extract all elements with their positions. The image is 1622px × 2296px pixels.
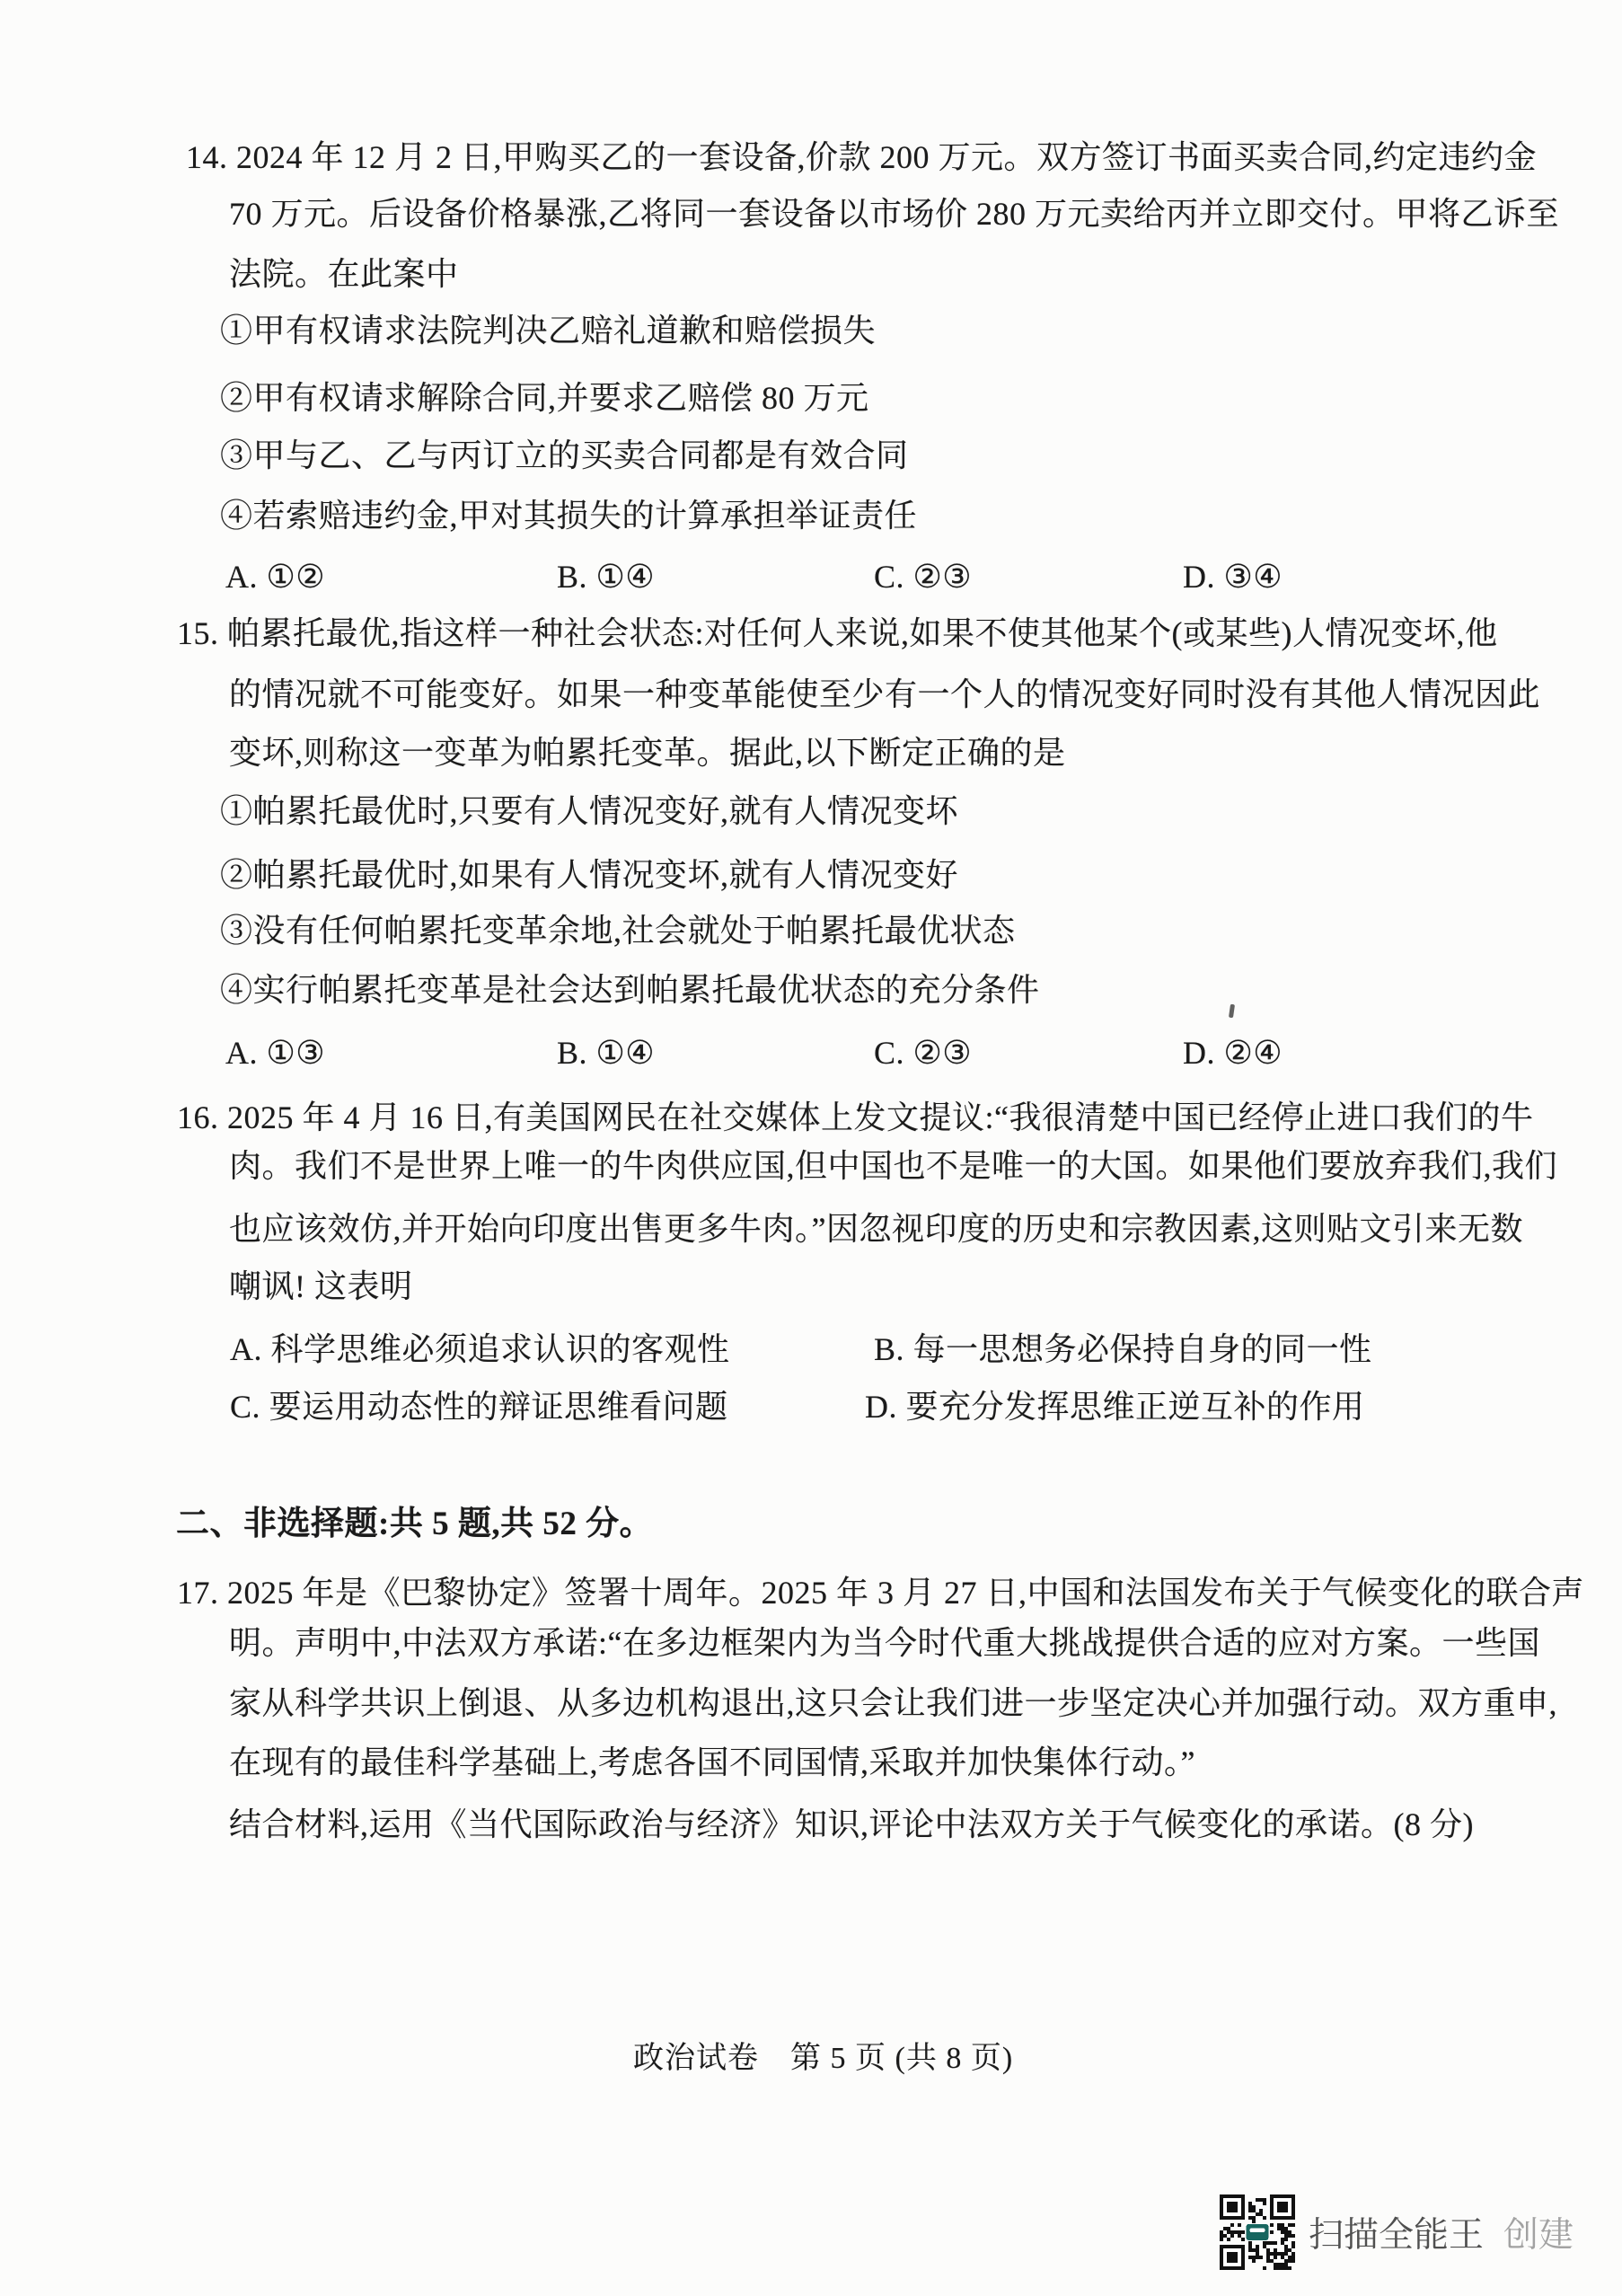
question-15-options-option: B. ①④ (557, 1035, 655, 1072)
question-16-options-cd-option: D. 要充分发挥思维正逆互补的作用 (865, 1389, 1365, 1426)
question-14-item-3: ③甲与乙、乙与丙订立的买卖合同都是有效合同 (220, 437, 909, 474)
question-17-start: 17. 2025 年是《巴黎协定》签署十周年。2025 年 3 月 27 日,中… (177, 1575, 1584, 1612)
question-15-options-option: A. ①③ (225, 1035, 325, 1072)
question-15-item-3: ③没有任何帕累托变革余地,社会就处于帕累托最优状态 (220, 913, 1016, 949)
question-16-start: 16. 2025 年 4 月 16 日,有美国网民在社交媒体上发文提议:“我很清… (177, 1099, 1533, 1136)
question-14-options-option: A. ①② (225, 559, 325, 596)
question-14-options-option: B. ①④ (557, 559, 655, 596)
scanned-exam-page: 14. 2024 年 12 月 2 日,甲购买乙的一套设备,价款 200 万元。… (0, 0, 1622, 2296)
question-15-options-option: C. ②③ (874, 1035, 972, 1072)
question-17-continuation: 家从科学共识上倒退、从多边机构退出,这只会让我们进一步坚定决心并加强行动。双方重… (229, 1685, 1557, 1722)
question-14-item-2: ②甲有权请求解除合同,并要求乙赔偿 80 万元 (220, 380, 869, 417)
question-15-item-4: ④实行帕累托变革是社会达到帕累托最优状态的充分条件 (220, 972, 1040, 1009)
question-14-item-1: ①甲有权请求法院判决乙赔礼道歉和赔偿损失 (220, 313, 876, 349)
page-footer: 政治试卷 第 5 页 (共 8 页) (633, 2033, 1013, 2077)
question-14-continuation: 70 万元。后设备价格暴涨,乙将同一套设备以市场价 280 万元卖给丙并立即交付… (229, 196, 1559, 233)
question-15-start: 15. 帕累托最优,指这样一种社会状态:对任何人来说,如果不使其他某个(或某些)… (177, 615, 1497, 652)
scan-artifact-speck (1229, 1004, 1235, 1019)
question-14-start: 14. 2024 年 12 月 2 日,甲购买乙的一套设备,价款 200 万元。… (186, 139, 1537, 176)
question-15-continuation: 变坏,则称这一变革为帕累托变革。据此,以下断定正确的是 (229, 735, 1066, 772)
question-16-options-ab-option: A. 科学思维必须追求认识的客观性 (230, 1331, 730, 1368)
watermark-text: 扫描全能王创建 (1309, 2207, 1574, 2257)
question-16-options-ab-option: B. 每一思想务必保持自身的同一性 (874, 1331, 1372, 1368)
watermark-action-label: 创建 (1503, 2216, 1574, 2255)
section-header: 二、非选择题:共 5 题,共 52 分。 (176, 1506, 653, 1544)
camscanner-watermark: 扫描全能王创建 (1219, 2194, 1574, 2270)
question-16-options-cd-option: C. 要运用动态性的辩证思维看问题 (230, 1389, 728, 1426)
question-16-continuation: 肉。我们不是世界上唯一的牛肉供应国,但中国也不是唯一的大国。如果他们要放弃我们,… (229, 1148, 1557, 1185)
question-15-item-1: ①帕累托最优时,只要有人情况变好,就有人情况变坏 (220, 793, 958, 830)
question-14-options-option: C. ②③ (874, 559, 972, 596)
question-17-continuation: 在现有的最佳科学基础上,考虑各国不同国情,采取并加快集体行动。” (229, 1744, 1195, 1781)
question-14-continuation: 法院。在此案中 (229, 256, 459, 293)
qr-code-icon (1219, 2194, 1296, 2270)
question-14-item-4: ④若索赔违约金,甲对其损失的计算承担举证责任 (220, 498, 917, 534)
question-15-options-option: D. ②④ (1183, 1035, 1283, 1072)
question-15-continuation: 的情况就不可能变好。如果一种变革能使至少有一个人的情况变好同时没有其他人情况因此 (229, 676, 1540, 713)
watermark-app-name: 扫描全能王 (1309, 2216, 1484, 2255)
question-16-continuation: 也应该效仿,并开始向印度出售更多牛肉。”因忽视印度的历史和宗教因素,这则贴文引来… (229, 1211, 1523, 1248)
question-17-continuation: 明。声明中,中法双方承诺:“在多边框架内为当今时代重大挑战提供合适的应对方案。一… (229, 1625, 1540, 1662)
question-14-options-option: D. ③④ (1183, 559, 1283, 596)
question-16-continuation: 嘲讽! 这表明 (229, 1268, 413, 1305)
question-17-answer-prompt: 结合材料,运用《当代国际政治与经济》知识,评论中法双方关于气候变化的承诺。(8 … (229, 1806, 1474, 1843)
question-15-item-2: ②帕累托最优时,如果有人情况变坏,就有人情况变好 (220, 857, 958, 894)
